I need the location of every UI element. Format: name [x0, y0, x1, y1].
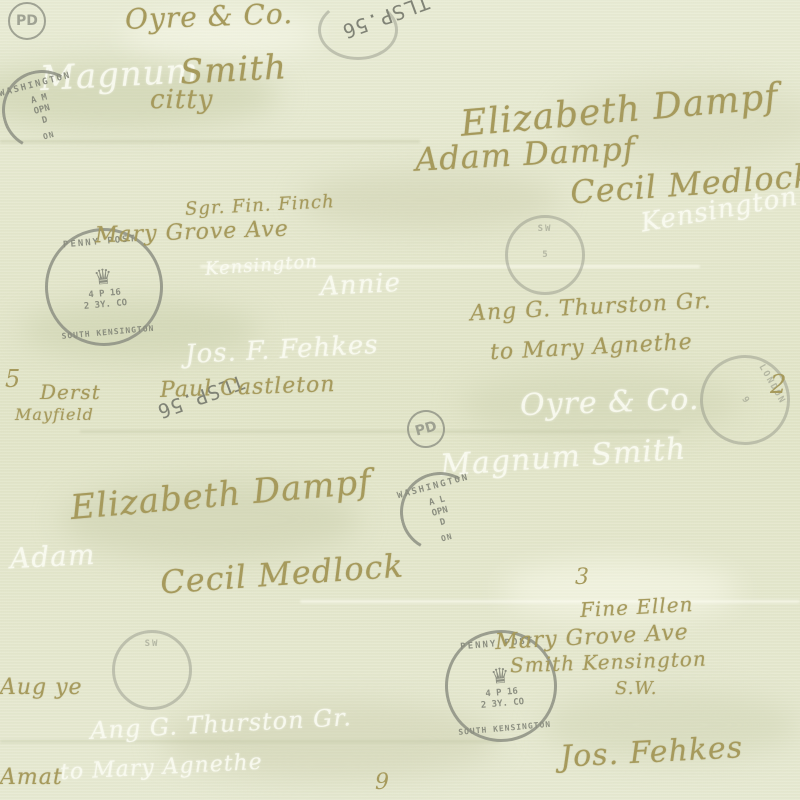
wallpaper-pattern: Magnum Kensington Annie Jos. F. Fehkes O…	[0, 0, 800, 800]
gold-script: citty	[150, 85, 213, 115]
pd-mark: PD	[403, 406, 450, 453]
stamp-bottom-text: ON	[12, 122, 86, 150]
gold-script: Mary Grove Ave	[95, 217, 290, 249]
white-script: Adam	[9, 538, 96, 575]
gold-script: Jos. Fehkes	[559, 730, 744, 775]
stamp-center: 9	[739, 395, 751, 405]
stamp-ring-text: SW	[115, 639, 189, 649]
gold-script: Ang G. Thurston Gr.	[470, 289, 713, 327]
postmark-stamp: SW	[112, 630, 192, 710]
stamp-center: A MOPND	[30, 92, 54, 128]
stamp-center: A LOPND	[428, 494, 452, 530]
cloud-texture	[300, 170, 560, 230]
gold-script: Amat	[0, 765, 63, 790]
gold-script: Sgr. Fin. Finch	[185, 191, 336, 220]
streak-texture	[80, 430, 680, 433]
gold-script: Elizabeth Dampf	[69, 462, 373, 528]
gold-script: Mayfield	[15, 405, 94, 424]
stamp-center: 5	[542, 250, 547, 261]
stamp-ring-text: SW	[508, 224, 582, 234]
gold-script: Paul Castleton	[160, 372, 336, 403]
script-numeral: 5	[5, 365, 20, 393]
white-script: Oyre & Co.	[519, 382, 700, 423]
script-numeral: 9	[375, 770, 389, 795]
stamp-bottom-text: ON	[410, 524, 484, 552]
gold-script: Derst	[40, 380, 101, 404]
white-script: to Mary Agnethe	[59, 750, 263, 786]
streak-texture	[300, 600, 800, 603]
script-numeral: 2	[770, 370, 787, 400]
gold-script: Cecil Medlock	[159, 547, 405, 602]
postmark-stamp: LONDON 9	[684, 339, 800, 462]
white-script: Jos. F. Fehkes	[184, 330, 379, 370]
gold-script: to Mary Agnethe	[489, 330, 693, 366]
stamp-bottom-text: SOUTH KENSINGTON	[452, 719, 558, 737]
gold-script: Fine Ellen	[579, 592, 694, 622]
streak-texture	[0, 740, 500, 743]
stamp-center: ♛ 4 P 16 2 3Y. CO	[80, 261, 127, 313]
white-script: Ang G. Thurston Gr.	[89, 703, 352, 745]
crown-icon: ♛	[80, 261, 125, 291]
white-script: Annie	[319, 268, 401, 302]
gold-script: S.W.	[615, 678, 658, 699]
postmark-stamp: SW 5	[505, 215, 585, 295]
pd-mark: PD	[8, 2, 46, 40]
gold-script: Oyre & Co.	[124, 0, 293, 36]
stamp-bottom-text: SOUTH KENSINGTON	[52, 323, 164, 342]
white-script: Kensington	[204, 251, 318, 280]
script-numeral: 3	[575, 565, 589, 590]
gold-script: Aug ye	[0, 675, 83, 700]
white-script: Magnum Smith	[439, 431, 687, 483]
